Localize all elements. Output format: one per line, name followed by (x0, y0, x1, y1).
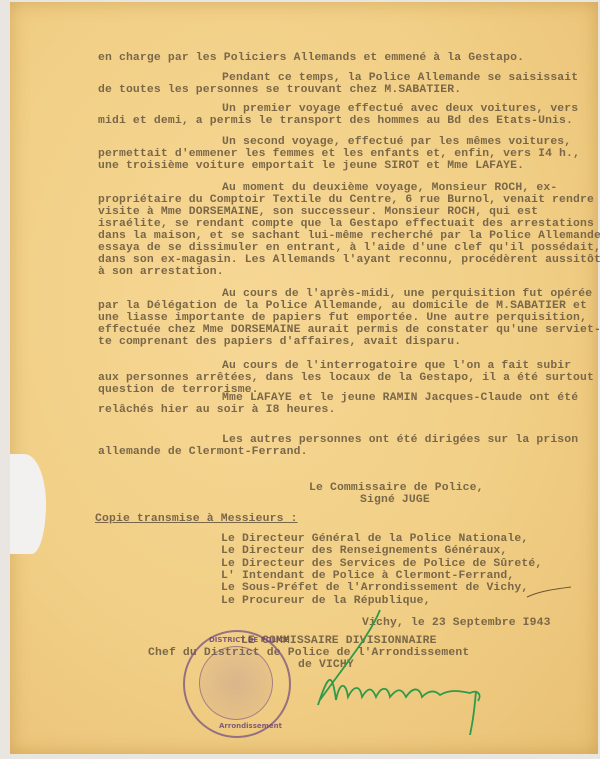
paragraph-line: israélite, se rendant compte que la Gest… (98, 218, 594, 230)
paragraph-line: de toutes les personnes se trouvant chez… (98, 84, 461, 96)
paragraph-line: Mme LAFAYE et le jeune RAMIN Jacques-Cla… (222, 392, 578, 404)
paragraph-line: te comprenant des papiers d'affaires, av… (98, 336, 461, 348)
pen-mark (525, 585, 575, 600)
copy-heading: Copie transmise à Messieurs : (95, 513, 298, 525)
paragraph-line: une liasse importante de papiers fut emp… (98, 312, 587, 324)
paragraph-line: propriétaire du Comptoir Textile du Cent… (98, 194, 594, 206)
signed-name: Signé JUGE (360, 494, 430, 506)
paragraph-line: Un second voyage, effectué par les mêmes… (222, 136, 571, 148)
stamp-top-text: DISTRICT DE POLICE (209, 636, 289, 644)
paragraph-line: Pendant ce temps, la Police Allemande se… (222, 72, 578, 84)
paragraph-line: en charge par les Policiers Allemands et… (98, 52, 524, 64)
paragraph-line: par la Délégation de la Police Allemande… (98, 300, 587, 312)
paragraph-line: Un premier voyage effectué avec deux voi… (222, 103, 578, 115)
commissaire-title: Le Commissaire de Police, (309, 482, 484, 494)
paragraph-line: dans la maison, et se sachant lui-même r… (98, 230, 600, 242)
paragraph-line: à son arrestation. (98, 266, 224, 278)
paragraph-line: Au moment du deuxième voyage, Monsieur R… (222, 182, 557, 194)
paragraph-line: une troisième voiture emportait le jeune… (98, 160, 524, 172)
stamp-bottom-text: Arrondissement (219, 722, 282, 730)
recipient-item: Le Directeur Général de la Police Nation… (221, 533, 528, 545)
handwritten-signature (310, 605, 510, 735)
paragraph-line: allemande de Clermont-Ferrand. (98, 446, 308, 458)
torn-edge (10, 454, 46, 554)
paragraph-line: permettait d'emmener les femmes et les e… (98, 148, 580, 160)
paragraph-line: Les autres personnes ont été dirigées su… (222, 434, 578, 446)
paragraph-line: essaya de se dissimuler en entrant, à l'… (98, 242, 600, 254)
paragraph-line: relâchés hier au soir à I8 heures. (98, 404, 336, 416)
paragraph-line: midi et demi, a permis le transport des … (98, 115, 573, 127)
stamp-emblem (199, 646, 273, 720)
paragraph-line: Au cours de l'interrogatoire que l'on a … (222, 360, 571, 372)
paragraph-line: dans son ex-magasin. Les Allemands l'aya… (98, 254, 600, 266)
paragraph-line: aux personnes arrêtées, dans les locaux … (98, 372, 594, 384)
recipient-item: Le Directeur des Services de Police de S… (221, 558, 542, 570)
police-stamp: DISTRICT DE POLICE Arrondissement (183, 630, 291, 738)
recipient-item: L' Intendant de Police à Clermont-Ferran… (221, 570, 514, 582)
paragraph-line: effectuée chez Mme DORSEMAINE aurait per… (98, 324, 600, 336)
recipient-item: Le Sous-Préfet de l'Arrondissement de Vi… (221, 582, 528, 594)
paragraph-line: Au cours de l'après-midi, une perquisiti… (222, 288, 592, 300)
recipient-item: Le Directeur des Renseignements Généraux… (221, 545, 507, 557)
paragraph-line: visite à Mme DORSEMAINE, son successeur.… (98, 206, 538, 218)
